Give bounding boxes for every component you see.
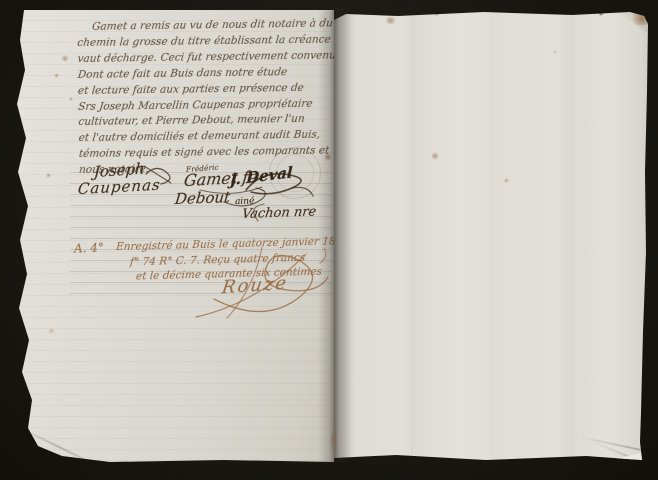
foxing-stain: [324, 153, 332, 161]
corner-stain: [630, 12, 654, 25]
fold-tip: [320, 3, 334, 12]
foxing-stain: [69, 97, 73, 101]
fold-crease: [410, 12, 412, 460]
foxing-stain: [54, 73, 59, 78]
registration-ref: A. 4°: [74, 240, 104, 255]
fold-crease: [490, 12, 492, 460]
foxing-stain: [384, 17, 397, 24]
foxing-stain: [553, 50, 557, 54]
gutter-stain: [329, 428, 338, 454]
right-page: [334, 12, 652, 460]
foxing-stain: [434, 11, 439, 16]
foxing-stain: [48, 328, 55, 334]
foxing-stain: [504, 178, 509, 183]
embossed-seal: [269, 147, 321, 199]
edge-stain: [644, 296, 651, 308]
manuscript-scan: Gamet a remis au vu de nous dit notaire …: [0, 0, 658, 480]
foxing-stain: [46, 173, 51, 178]
signature-debout-suffix: ainé: [235, 196, 255, 207]
signature-debout: Debout: [174, 188, 231, 208]
foxing-stain: [61, 55, 69, 62]
left-page: Gamet a remis au vu de nous dit notaire …: [14, 10, 334, 462]
fold-crease: [570, 12, 572, 460]
foxing-stain: [598, 11, 604, 16]
foxing-stain: [431, 152, 439, 160]
signature-notary: Vachon nre: [241, 204, 317, 222]
